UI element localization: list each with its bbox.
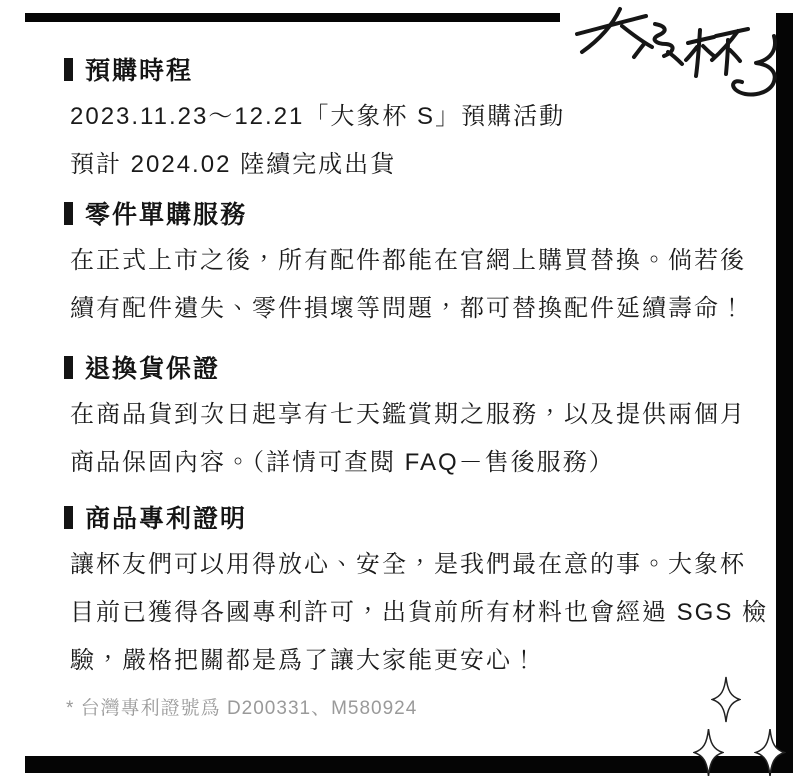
section-header: 零件單購服務 — [64, 189, 764, 237]
body-line: 在正式上市之後，所有配件都能在官網上購買替換。倘若後 — [64, 237, 764, 285]
sparkle-icon — [693, 728, 724, 777]
body-line: 驗，嚴格把關都是爲了讓大家能更安心！ — [64, 637, 764, 685]
header-bar-icon — [64, 356, 73, 379]
header-bar-icon — [64, 202, 73, 225]
frame-bar-top — [25, 13, 560, 22]
body-line: 2023.11.23～12.21「大象杯 S」預購活動 — [64, 93, 764, 141]
body-line: 預計 2024.02 陸續完成出貨 — [64, 141, 764, 189]
section-return-guarantee: 退換貨保證 在商品貨到次日起享有七天鑑賞期之服務，以及提供兩個月 商品保固內容。… — [64, 343, 764, 487]
patent-number-footnote: * 台灣專利證號爲 D200331、M580924 — [64, 689, 764, 729]
frame-bar-right — [776, 13, 793, 773]
header-bar-icon — [64, 58, 73, 81]
section-title: 零件單購服務 — [85, 195, 247, 231]
section-header: 退換貨保證 — [64, 343, 764, 391]
sparkle-icon — [754, 728, 786, 777]
section-parts-purchase: 零件單購服務 在正式上市之後，所有配件都能在官網上購買替換。倘若後 續有配件遺失… — [64, 189, 764, 333]
section-title: 退換貨保證 — [85, 349, 220, 385]
body-line: 續有配件遺失、零件損壞等問題，都可替換配件延續壽命！ — [64, 285, 764, 333]
body-line: 目前已獲得各國專利許可，出貨前所有材料也會經過 SGS 檢 — [64, 589, 764, 637]
body-line: 讓杯友們可以用得放心、安全，是我們最在意的事。大象杯 — [64, 541, 764, 589]
section-header: 預購時程 — [64, 45, 764, 93]
header-bar-icon — [64, 506, 73, 529]
product-info-content: 預購時程 2023.11.23～12.21「大象杯 S」預購活動 預計 2024… — [64, 45, 764, 729]
frame-bar-bottom — [25, 756, 793, 773]
body-line: 商品保固內容。（詳情可查閱 FAQ－售後服務） — [64, 439, 764, 487]
product-info-page: 預購時程 2023.11.23～12.21「大象杯 S」預購活動 預計 2024… — [0, 0, 800, 780]
section-title: 商品專利證明 — [85, 499, 247, 535]
section-patent-certification: 商品專利證明 讓杯友們可以用得放心、安全，是我們最在意的事。大象杯 目前已獲得各… — [64, 493, 764, 685]
section-header: 商品專利證明 — [64, 493, 764, 541]
sparkle-icon — [711, 676, 741, 723]
body-line: 在商品貨到次日起享有七天鑑賞期之服務，以及提供兩個月 — [64, 391, 764, 439]
section-title: 預購時程 — [85, 51, 193, 87]
section-preorder-schedule: 預購時程 2023.11.23～12.21「大象杯 S」預購活動 預計 2024… — [64, 45, 764, 189]
